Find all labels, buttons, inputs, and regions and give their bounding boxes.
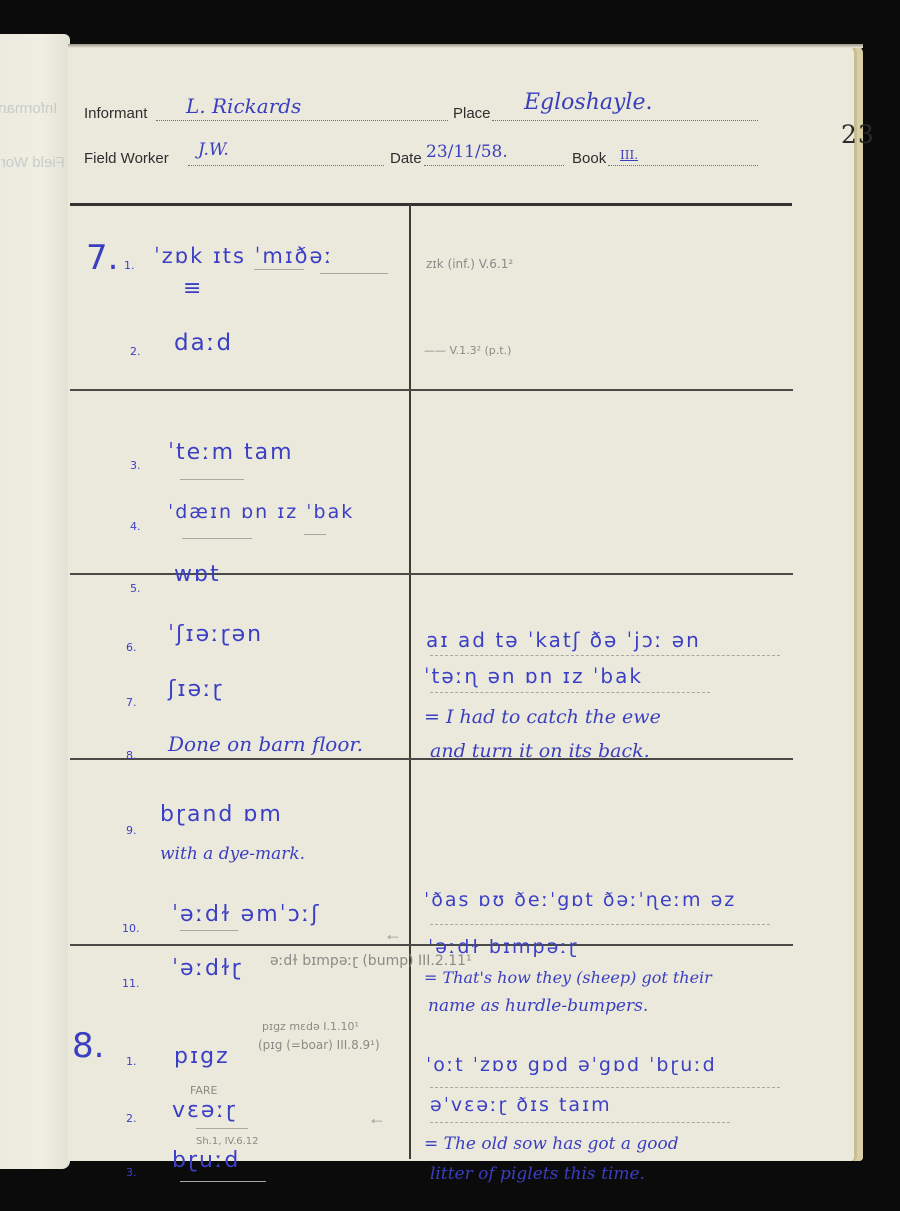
date-label: Date xyxy=(390,150,422,167)
sentence-transcription: aɪ ad tə ˈkatʃ ðə ˈjɔː ən xyxy=(426,628,701,652)
item-number: 6. xyxy=(126,641,137,654)
underline xyxy=(430,924,770,925)
underline xyxy=(430,1122,730,1123)
sentence-transcription: ˈəːdɫ bɪmpəːɽ xyxy=(428,936,579,958)
sentence-transcription: ˈtəːɳ ən ɒn ɪz ˈbak xyxy=(424,664,643,688)
item-number: 3. xyxy=(126,1166,137,1179)
date-value: 23/11/58. xyxy=(426,142,508,162)
table-top-rule xyxy=(70,203,792,206)
underline xyxy=(320,273,388,274)
place-value: Egloshayle. xyxy=(524,90,652,115)
pencil-cross-reference: (pɪg (=boar) III.8.9¹) xyxy=(258,1038,380,1052)
underline xyxy=(254,269,304,270)
item-transcription: bɽand ɒm xyxy=(160,802,283,827)
item-transcription: ˈdæɪn ɒn ɪz ˈbak xyxy=(168,501,354,523)
page-number: 23 xyxy=(841,120,875,149)
previous-page-edge: Informant Field Worker xyxy=(0,34,70,1169)
pencil-note-fare: FARE xyxy=(190,1084,217,1097)
pencil-cross-reference: zɪk (inf.) V.6.1² xyxy=(426,257,513,271)
page-top-edge xyxy=(68,44,863,48)
underline xyxy=(180,1181,266,1182)
sentence-gloss: name as hurdle-bumpers. xyxy=(428,996,648,1016)
sentence-gloss: = The old sow has got a good xyxy=(424,1134,679,1154)
informant-value: L. Rickards xyxy=(186,94,301,118)
item-transcription: ˈzɒk ɪts ˈmɪðəː xyxy=(154,244,334,268)
sentence-transcription: ˈoːt ˈzɒʊ gɒd əˈgɒd ˈbɽuːd xyxy=(426,1054,717,1076)
item-number: 2. xyxy=(126,1112,137,1125)
item-transcription: ˈəːdɫ əmˈɔːʃ xyxy=(172,902,321,927)
item-number: 5. xyxy=(130,582,141,595)
item-transcription: bɽuːd xyxy=(172,1148,240,1173)
item-transcription: daːd xyxy=(174,330,233,356)
underline xyxy=(196,1128,248,1129)
sentence-gloss: = I had to catch the ewe xyxy=(424,706,661,728)
pencil-cross-reference: Sh.1, IV.6.12 xyxy=(196,1136,259,1147)
underline xyxy=(430,692,710,693)
column-divider xyxy=(409,204,411,1159)
item-number: 9. xyxy=(126,824,137,837)
item-number: 10. xyxy=(122,922,140,935)
underline xyxy=(180,479,244,480)
item-gloss: with a dye-mark. xyxy=(160,844,305,864)
book-dotted-line xyxy=(608,165,758,166)
item-transcription: wɒt xyxy=(174,562,221,587)
field-worker-value: J.W. xyxy=(198,140,229,160)
item-number: 8. xyxy=(126,749,137,762)
ghost-text-informant: Informant xyxy=(0,100,57,117)
item-note-identical: ≡ xyxy=(183,276,203,301)
item-transcription: ˈteːm tam xyxy=(168,440,294,465)
place-label: Place xyxy=(453,105,491,122)
notebook-page: 23 Informant L. Rickards Place Egloshayl… xyxy=(68,44,863,1161)
section-number-7: 7. xyxy=(86,238,118,278)
row-divider-1 xyxy=(70,389,793,391)
item-transcription: ˈəːdɫɽ xyxy=(172,956,243,981)
underline xyxy=(430,1087,780,1088)
informant-dotted-line xyxy=(156,120,448,121)
ghost-text-field-worker: Field Worker xyxy=(0,154,65,171)
item-number: 2. xyxy=(130,345,141,358)
sentence-gloss: and turn it on its back. xyxy=(430,740,650,762)
item-number: 7. xyxy=(126,696,137,709)
informant-label: Informant xyxy=(84,105,147,122)
section-number-8: 8. xyxy=(72,1026,104,1066)
arrow-left-icon: ← xyxy=(368,1108,386,1129)
item-number: 11. xyxy=(122,977,140,990)
sentence-gloss: = That's how they (sheep) got their xyxy=(424,968,712,987)
date-dotted-line xyxy=(424,165,564,166)
place-dotted-line xyxy=(492,120,758,121)
pencil-cross-reference: —— V.1.3² (p.t.) xyxy=(424,344,511,357)
arrow-left-icon: ← xyxy=(384,924,402,945)
item-number: 1. xyxy=(124,259,135,272)
item-transcription: vɛəːɽ xyxy=(172,1098,237,1123)
underline xyxy=(182,538,252,539)
item-number: 1. xyxy=(126,1055,137,1068)
item-number: 4. xyxy=(130,520,141,533)
field-worker-dotted-line xyxy=(188,165,384,166)
sentence-transcription: ˈðas ɒʊ ðeːˈgɒt ðəːˈɳeːm əz xyxy=(424,889,736,911)
book-label: Book xyxy=(572,150,606,167)
item-transcription: ˈʃɪəːɽən xyxy=(168,622,263,647)
pencil-cross-reference: pɪgz mɛdə I.1.10¹ xyxy=(262,1020,359,1033)
underline xyxy=(304,534,326,535)
sentence-gloss: litter of piglets this time. xyxy=(430,1164,645,1184)
item-transcription: pɪgz xyxy=(174,1044,230,1069)
item-number: 3. xyxy=(130,459,141,472)
item-transcription: ʃɪəːɽ xyxy=(168,677,224,702)
book-value: III. xyxy=(620,148,638,162)
underline xyxy=(180,930,238,931)
underline xyxy=(430,655,780,656)
sentence-transcription: əˈvɛəːɽ ðɪs taɪm xyxy=(430,1094,612,1116)
field-worker-label: Field Worker xyxy=(84,150,169,167)
item-note: Done on barn floor. xyxy=(168,732,363,756)
